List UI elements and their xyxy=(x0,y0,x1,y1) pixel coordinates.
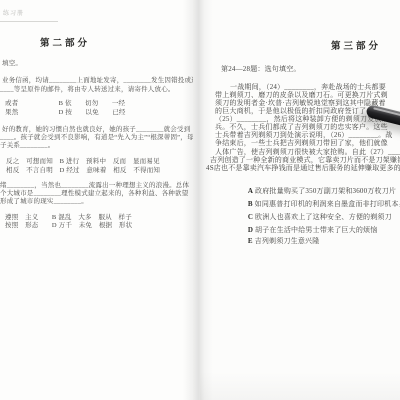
passage-line: 的巨大商机，于是他以极低的折扣同政府签订了合同， xyxy=(215,108,388,115)
passage-line: 一战期间，（24）________，奔赴战场的士兵都要 xyxy=(230,84,386,91)
right-section-title: 第三部分 xyxy=(331,43,381,53)
header-rule xyxy=(0,21,58,22)
passage-line: 子关系________。 xyxy=(0,143,54,150)
option-text: 吉列剃须刀生意兴隆 xyxy=(255,237,320,245)
passage-line: 人体广告，使吉列剃须刀很快被大家抢购。自此（27）____， xyxy=(215,149,400,156)
answer-option: E 吉列剃须刀生意兴隆 xyxy=(240,231,319,252)
left-page: 练习册 第二部分 填空。 业务信函，均请________上面地址发寄，_____… xyxy=(0,0,193,400)
left-section-title: 第二部分 xyxy=(40,40,90,50)
right-page: 第三部分 第24—28题：选句填空。 一战期间，（24）________，奔赴战… xyxy=(200,0,400,400)
options-row: 相反 不言自明 D 经过 意味着 相反 不得而知 xyxy=(6,168,160,175)
passage-line: ____等呈原件的邮件，将由专人转送过来，请寄件人放心。 xyxy=(0,87,175,94)
passage-line: ____。孩子就会受到不良影响，有道是“先入为主”“根深蒂固”，母 xyxy=(0,135,193,142)
passage-line: 兵。不久，士兵们都成了吉列剃须刀的忠实客户。这些 xyxy=(215,124,388,131)
passage-line: 士兵带着吉列剃须刀到处演示说明，（26）________。战 xyxy=(215,132,393,139)
right-instruction: 第24—28题：选句填空。 xyxy=(221,66,301,73)
passage-line: 争结束后，一些士兵把吉列剃须刀带回了家，他们就像 xyxy=(215,140,388,147)
passage-line: 个大城市是________理性模式建立起来的，各种利益、各种欲望 xyxy=(0,191,188,198)
passage-line: 好的教育，她的习惯自然也就良好，她的孩子________就会受到 xyxy=(2,127,190,134)
options-row: 反之 可想而知 B 进行 预料中 反而 显而易见 xyxy=(6,159,160,166)
passage-line: 须刀的发明者金·坎普·吉列敏锐地觉察到这其中隐藏着 xyxy=(215,100,386,107)
options-row: 或者 B 依 切勿 一经 xyxy=(5,101,125,108)
running-header: 练习册 xyxy=(3,11,24,17)
options-row: 遵照 主义 B 混乱 大多 服从 样子 xyxy=(5,215,132,222)
passage-line: 吉列创造了一种全新的商业模式，它靠卖刀片而不是刀架赚钱 xyxy=(210,157,400,164)
passage-line: 形成了城市的现实________。 xyxy=(0,199,88,206)
passage-line: 带上剃须刀、磨刀的皮条以及磨刀石。可更换刀片式剃 xyxy=(215,92,388,99)
options-row: 果然 D 按 以免 已经 xyxy=(5,110,126,117)
passage-line: 4S店也不是靠卖汽车挣钱而是通过售后服务的延伸赚取更多的利 xyxy=(206,165,400,172)
passage-line: 绪________，当然也________流露出一种理想主义的浪漫。总体 xyxy=(0,183,189,190)
left-instruction-fragment: 填空。 xyxy=(2,61,22,68)
passage-line: 业务信函，均请________上面地址发寄，________发生因错投或遗 xyxy=(2,78,193,85)
options-row: 按照 形态 D 万千 未免 根据 形状 xyxy=(5,223,132,230)
